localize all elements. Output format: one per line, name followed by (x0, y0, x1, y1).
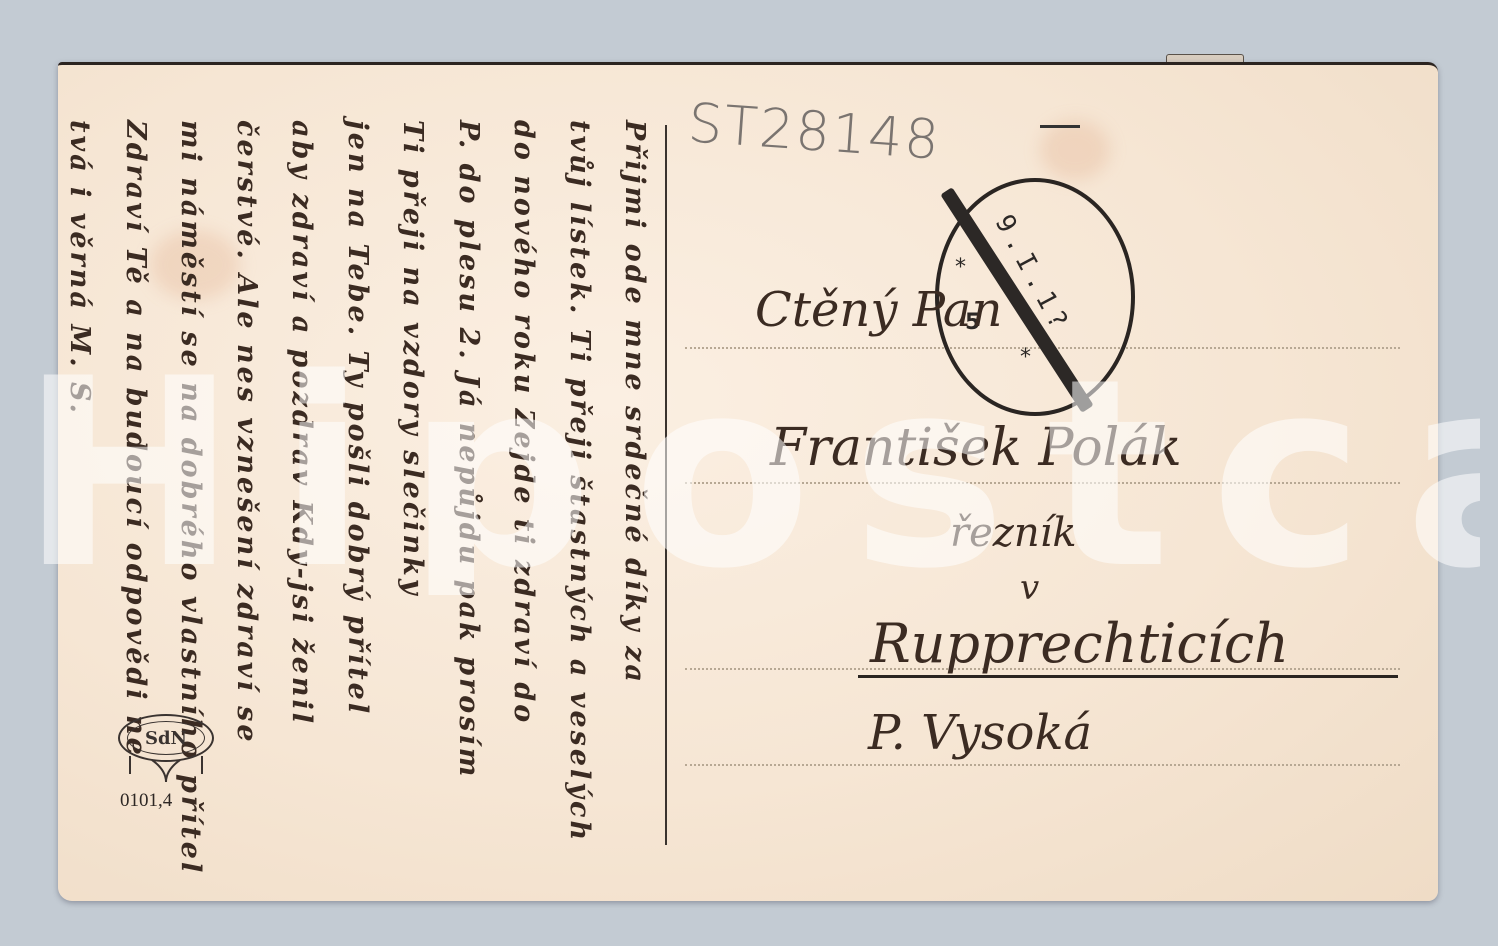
stain (1040, 120, 1110, 180)
postmark-arc (1040, 125, 1080, 128)
publisher-logo: SdN (118, 714, 214, 762)
address-divider (665, 125, 667, 845)
publisher-logo-stand-icon (126, 756, 206, 784)
address-line (685, 482, 1400, 484)
address-preposition: v (1020, 568, 1039, 608)
address-line (685, 764, 1400, 766)
postmark-star: * (1020, 345, 1031, 370)
address-post: P. Vysoká (868, 705, 1092, 761)
publisher-logo-text: SdN (127, 721, 205, 755)
message-line: Ti přeji na vzdory slečinky (397, 120, 428, 598)
message-line: tvůj lístek. Ti přeji štastných a veselý… (564, 120, 595, 843)
message-line: čerstvé. Ale nes vznešení zdraví se (231, 120, 262, 745)
message-line: tvá i věrná M. S. (64, 120, 95, 416)
message-line: Přijmi ode mne srdečné díky za (619, 120, 650, 685)
message-line: jen na Tebe. Ty pošli dobrý přítel (342, 120, 373, 716)
town-underline (858, 675, 1398, 678)
message-line: Zdraví Tě a na budoucí odpovědi ne (120, 120, 151, 758)
message-line: aby zdraví a pozdrav Kdy-jsi ženil (286, 120, 317, 726)
address-town: Rupprechticích (870, 612, 1289, 675)
postmark-star: * (955, 255, 966, 280)
message-line: P. do plesu 2. Já nepůjdu pak prosím (453, 120, 484, 779)
address-name: František Polák (770, 418, 1182, 478)
address-salutation: Ctěný Pan (755, 282, 1002, 338)
address-occupation: řezník (950, 510, 1077, 556)
publisher-code: 0101,4 (120, 790, 172, 812)
message-line: do nového roku Zejde ti zdraví do (508, 120, 539, 725)
